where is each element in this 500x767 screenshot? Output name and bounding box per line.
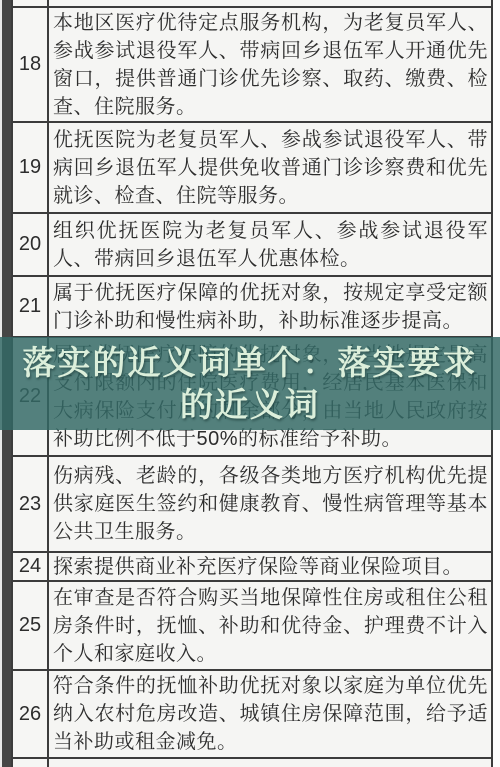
table-row: 25 在审查是否符合购买当地保障性住房或租住公租房条件时，抚恤、补助和优待金、护… <box>13 582 491 671</box>
row-number-cell: 26 <box>13 671 49 757</box>
row-text: 在审查是否符合购买当地保障性住房或租住公租房条件时，抚恤、补助和优待金、护理费不… <box>53 584 488 668</box>
row-text: 组织优抚医院为老复员军人、参战参试退役军人、带病回乡退伍军人优惠体检。 <box>53 217 488 273</box>
row-text-cell: 探索提供商业补充医疗保险等商业保险项目。 <box>49 553 491 580</box>
table-row: 21 属于优抚医疗保障的优抚对象，按规定享受定额门诊补助和慢性病补助，补助标准逐… <box>13 277 491 338</box>
row-text-cell: 组织优抚医院为老复员军人、参战参试退役军人、带病回乡退伍军人优惠体检。 <box>49 214 491 275</box>
table-row-sliver-bottom <box>13 759 491 767</box>
row-number-cell: 24 <box>13 553 49 580</box>
table-row: 23 伤病残、老龄的，各级各类地方医疗机构优先提供家庭医生签约和健康教育、慢性病… <box>13 457 491 553</box>
table-row: 19 优抚医院为老复员军人、参战参试退役军人、带病回乡退伍军人提供免收普通门诊诊… <box>13 123 491 214</box>
row-number-cell: 19 <box>13 123 49 212</box>
row-number-cell: 21 <box>13 277 49 336</box>
row-text-cell <box>49 759 491 767</box>
table-row: 26 符合条件的抚恤补助优抚对象以家庭为单位优先纳入农村危房改造、城镇住房保障范… <box>13 671 491 759</box>
row-text-cell: 伤病残、老龄的，各级各类地方医疗机构优先提供家庭医生签约和健康教育、慢性病管理等… <box>49 457 491 551</box>
page: 18 本地区医疗优待定点服务机构，为老复员军人、参战参试退役军人、带病回乡退伍军… <box>0 0 500 767</box>
row-text-cell: 在审查是否符合购买当地保障性住房或租住公租房条件时，抚恤、补助和优待金、护理费不… <box>49 582 491 669</box>
overlay-title-line-1: 落实的近义词单个：落实要求 <box>23 342 478 384</box>
row-text: 本地区医疗优待定点服务机构，为老复员军人、参战参试退役军人、带病回乡退伍军人开通… <box>53 9 488 121</box>
row-text: 优抚医院为老复员军人、参战参试退役军人、带病回乡退伍军人提供免收普通门诊诊察费和… <box>53 126 488 210</box>
row-text-cell: 优抚医院为老复员军人、参战参试退役军人、带病回乡退伍军人提供免收普通门诊诊察费和… <box>49 123 491 212</box>
row-number-cell: 20 <box>13 214 49 275</box>
table-row: 24 探索提供商业补充医疗保险等商业保险项目。 <box>13 553 491 582</box>
row-text-cell: 本地区医疗优待定点服务机构，为老复员军人、参战参试退役军人、带病回乡退伍军人开通… <box>49 8 491 121</box>
row-text: 属于优抚医疗保障的优抚对象，按规定享受定额门诊补助和慢性病补助，补助标准逐步提高… <box>53 279 488 335</box>
row-text-cell: 属于优抚医疗保障的优抚对象，按规定享受定额门诊补助和慢性病补助，补助标准逐步提高… <box>49 277 491 336</box>
overlay-title-line-2: 的近义词 <box>180 384 320 426</box>
row-text: 探索提供商业补充医疗保险等商业保险项目。 <box>53 553 488 580</box>
row-number-cell: 23 <box>13 457 49 551</box>
row-number-cell <box>13 0 49 6</box>
row-number-cell <box>13 759 49 767</box>
table-row: 20 组织优抚医院为老复员军人、参战参试退役军人、带病回乡退伍军人优惠体检。 <box>13 214 491 277</box>
row-number-cell: 25 <box>13 582 49 669</box>
row-text: 伤病残、老龄的，各级各类地方医疗机构优先提供家庭医生签约和健康教育、慢性病管理等… <box>53 462 488 546</box>
row-number-cell: 18 <box>13 8 49 121</box>
table-row-sliver-top <box>13 0 491 8</box>
row-text-cell <box>49 0 491 6</box>
row-text: 符合条件的抚恤补助优抚对象以家庭为单位优先纳入农村危房改造、城镇住房保障范围，给… <box>53 672 488 756</box>
table-row: 18 本地区医疗优待定点服务机构，为老复员军人、参战参试退役军人、带病回乡退伍军… <box>13 8 491 123</box>
overlay-banner: 落实的近义词单个：落实要求 的近义词 <box>0 337 500 430</box>
row-text-cell: 符合条件的抚恤补助优抚对象以家庭为单位优先纳入农村危房改造、城镇住房保障范围，给… <box>49 671 491 757</box>
